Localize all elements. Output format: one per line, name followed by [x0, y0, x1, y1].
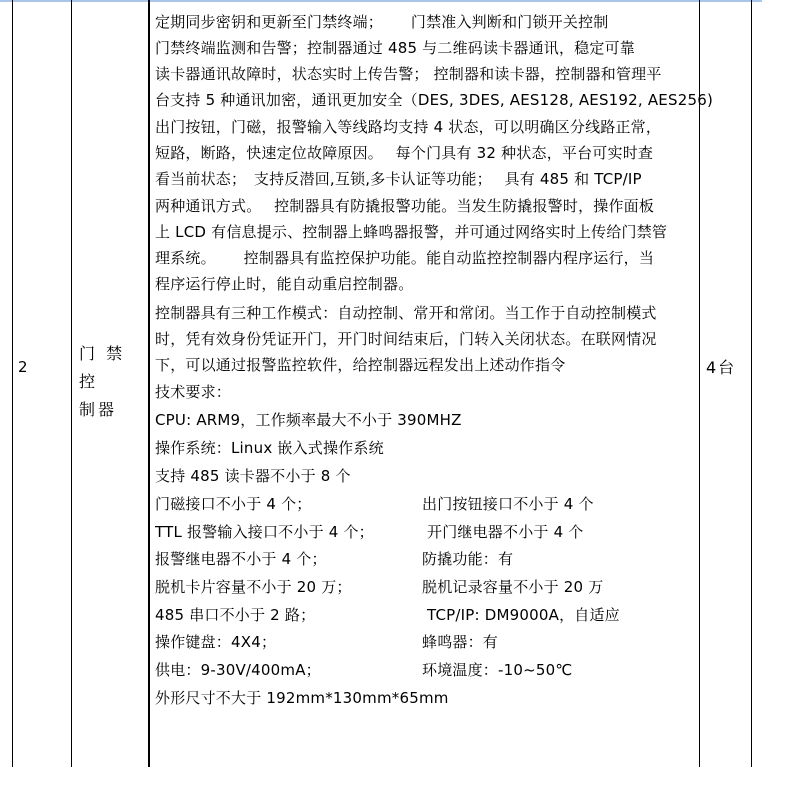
desc-line: 门禁终端监测和告警；控制器通过 485 与二维码读卡器通讯，稳定可靠: [155, 38, 635, 58]
tech-spec-right: 脱机记录容量不小于 20 万: [422, 577, 603, 597]
tech-spec-right: 蜂鸣器：有: [422, 632, 498, 652]
mode-line: 下，可以通过报警监控软件，给控制器远程发出上述动作指令: [155, 355, 565, 375]
tech-spec-line: 支持 485 读卡器不小于 8 个: [155, 466, 351, 486]
tech-spec-left: 485 串口不小于 2 路；: [155, 606, 315, 624]
item-name-line-2: 制器: [79, 396, 145, 424]
desc-line: 理系统。 控制器具有监控保护功能。能自动监控控制器内程序运行，当: [155, 248, 654, 268]
tech-pair-row: 门磁接口不小于 4 个； 出门按钮接口不小于 4 个: [155, 494, 311, 514]
tech-spec-right: 出门按钮接口不小于 4 个: [422, 494, 594, 514]
row-quantity: 4台: [706, 358, 736, 378]
desc-line: 出门按钮，门磁，报警输入等线路均支持 4 状态，可以明确区分线路正常，: [155, 117, 661, 137]
desc-line: 读卡器通讯故障时，状态实时上传告警； 控制器和读卡器，控制器和管理平: [155, 64, 662, 84]
column-border-left: [12, 0, 13, 767]
desc-line: 两种通讯方式。 控制器具有防撬报警功能。当发生防撬报警时，操作面板: [155, 196, 654, 216]
tech-spec-line: 外形尺寸不大于 192mm*130mm*65mm: [155, 688, 449, 708]
tech-pair-row: 操作键盘：4X4； 蜂鸣器：有: [155, 632, 276, 652]
mode-line: 控制器具有三种工作模式：自动控制、常开和常闭。当工作于自动控制模式: [155, 303, 657, 323]
tech-spec-line: CPU: ARM9，工作频率最大不小于 390MHZ: [155, 410, 462, 430]
tech-spec-left: 报警继电器不小于 4 个；: [155, 550, 327, 568]
desc-line: 看当前状态； 支持反潜回,互锁,多卡认证等功能； 具有 485 和 TCP/IP: [155, 169, 642, 189]
tech-spec-left: 脱机卡片容量不小于 20 万；: [155, 578, 352, 596]
tech-spec-left: 操作键盘：4X4；: [155, 633, 276, 651]
top-rule: [0, 0, 762, 2]
tech-spec-left: TTL 报警输入接口不小于 4 个；: [155, 523, 374, 541]
column-border-seq: [71, 0, 72, 767]
desc-line: 台支持 5 种通讯加密，通讯更加安全（DES, 3DES, AES128, AE…: [155, 90, 713, 110]
row-item-name: 门 禁 控 制器: [79, 340, 145, 424]
desc-line: 定期同步密钥和更新至门禁终端； 门禁准入判断和门锁开关控制: [155, 12, 608, 32]
tech-heading: 技术要求：: [155, 382, 231, 402]
tech-spec-right: 环境温度：-10~50℃: [422, 660, 572, 680]
tech-spec-right: TCP/IP: DM9000A，自适应: [427, 605, 620, 625]
tech-spec-left: 供电：9-30V/400mA；: [155, 661, 321, 679]
column-border-name: [148, 0, 150, 767]
desc-line: 上 LCD 有信息提示、控制器上蜂鸣器报警，并可通过网络实时上传给门禁管: [155, 222, 667, 242]
tech-spec-right: 开门继电器不小于 4 个: [427, 522, 583, 542]
mode-line: 时，凭有效身份凭证开门，开门时间结束后，门转入关闭状态。在联网情况: [155, 329, 657, 349]
column-border-qty: [751, 0, 752, 767]
item-name-line-1: 门 禁 控: [79, 340, 145, 396]
tech-pair-row: TTL 报警输入接口不小于 4 个； 开门继电器不小于 4 个: [155, 522, 374, 542]
tech-spec-line: 操作系统：Linux 嵌入式操作系统: [155, 438, 384, 458]
row-seq-number: 2: [18, 357, 28, 377]
desc-line: 短路，断路，快速定位故障原因。 每个门具有 32 种状态，平台可实时查: [155, 143, 653, 163]
tech-pair-row: 485 串口不小于 2 路； TCP/IP: DM9000A，自适应: [155, 605, 315, 625]
tech-spec-right: 防撬功能：有: [422, 549, 513, 569]
tech-pair-row: 脱机卡片容量不小于 20 万； 脱机记录容量不小于 20 万: [155, 577, 352, 597]
tech-pair-row: 报警继电器不小于 4 个； 防撬功能：有: [155, 549, 327, 569]
desc-line: 程序运行停止时，能自动重启控制器。: [155, 274, 413, 294]
column-border-content: [699, 0, 700, 767]
tech-spec-left: 门磁接口不小于 4 个；: [155, 495, 311, 513]
tech-pair-row: 供电：9-30V/400mA； 环境温度：-10~50℃: [155, 660, 321, 680]
